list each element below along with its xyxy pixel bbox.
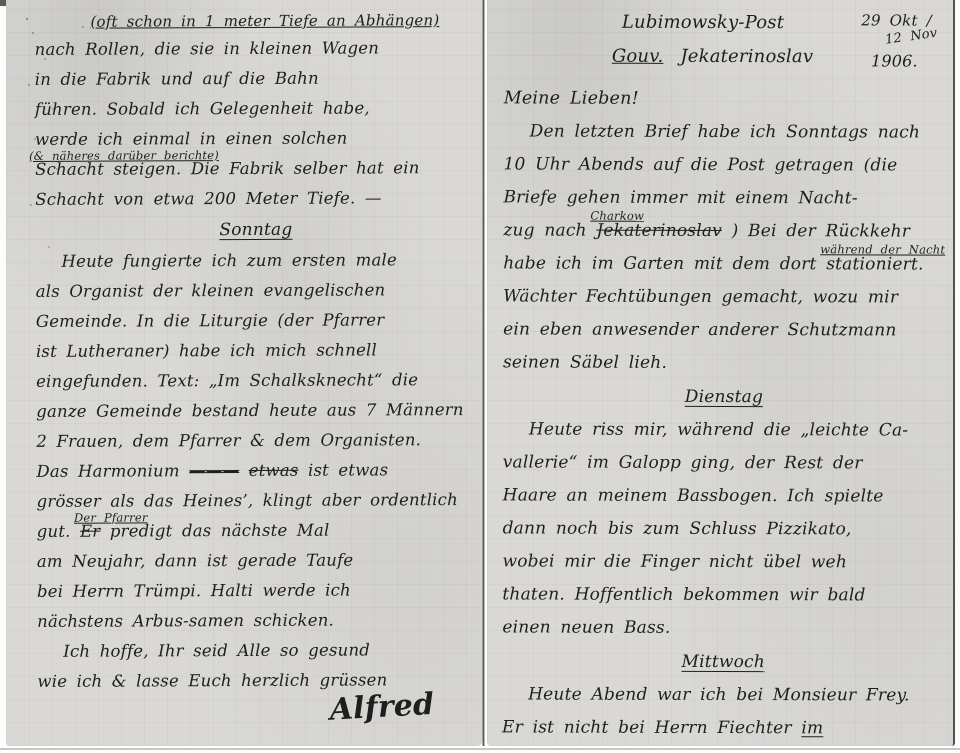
day-heading-mittwoch: Mittwoch <box>502 644 944 679</box>
text-segment: gut. <box>37 522 71 541</box>
handwritten-line: bei Herrn Trümpi. Halti werde ich <box>37 575 478 607</box>
handwritten-line: als Organist der kleinen evangelischen <box>36 275 477 307</box>
crossed-out-text: Jekaterinoslav <box>596 221 722 241</box>
correction-wrap: Der Pfarrer Er <box>80 517 100 547</box>
text-segment: habe ich im Garten mit dem dort <box>503 253 816 274</box>
handwritten-line: Schacht von etwa 200 Meter Tiefe. — <box>35 183 476 215</box>
handwritten-line: einen neuen Bass. <box>502 611 944 645</box>
text-segment: zug nach <box>503 220 586 240</box>
crossed-out-text: ——— <box>189 461 239 480</box>
letter-page-right: Lubimowsky-Post Gouv. Jekaterinoslav 29 … <box>487 0 955 746</box>
handwritten-line: habe ich im Garten mit dem dort während … <box>503 247 945 281</box>
handwritten-line: eingefunden. Text: „Im Schalksknecht“ di… <box>36 365 477 397</box>
text-segment: Er ist nicht bei Herrn Fiechter <box>502 717 792 738</box>
letter-header: Lubimowsky-Post Gouv. Jekaterinoslav 29 … <box>504 9 946 82</box>
handwritten-line: Haare an meinem Bassbogen. Ich spielte <box>503 479 945 513</box>
day-heading-sonntag: Sonntag <box>35 213 476 247</box>
handwritten-line: Briefe gehen immer mit einem Nacht- <box>503 181 945 215</box>
place-line: Gouv. Jekaterinoslav <box>612 46 813 68</box>
scan-edge-line <box>0 748 960 750</box>
handwritten-line: 2 Frauen, dem Pfarrer & dem Organisten. <box>36 425 477 457</box>
handwritten-line: nach Rollen, die sie in kleinen Wagen <box>35 33 476 65</box>
handwritten-line: führen. Sobald ich Gelegenheit habe, <box>35 93 476 125</box>
handwritten-line: ein eben anwesender anderer Schutzmann <box>503 313 945 347</box>
inserted-correction: Charkow <box>590 210 644 222</box>
gouv-abbrev: Gouv. <box>612 46 664 67</box>
salutation: Meine Lieben! <box>504 81 946 116</box>
handwritten-line: Wächter Fechtübungen gemacht, wozu mir <box>503 280 945 314</box>
correction-wrap: während der Nacht stationiert. <box>826 248 923 281</box>
text-segment: ) Bei der Rückkehr <box>732 221 911 241</box>
text-segment: stationiert. <box>826 254 923 274</box>
handwritten-line: ist Lutheraner) habe ich mich schnell <box>36 335 477 367</box>
text-segment: ist etwas <box>308 460 388 479</box>
handwritten-line: dann noch bis zum Schluss Pizzikato, <box>503 512 945 546</box>
letter-page-left: (oft schon in 1 meter Tiefe an Abhängen)… <box>6 0 483 746</box>
correction-wrap: (& näheres darüber berichte) Schacht ste… <box>35 153 420 185</box>
handwritten-line: nächstens Arbus-samen schicken. <box>37 605 478 637</box>
handwritten-line: Heute Abend war ich bei Monsieur Frey. <box>502 678 944 712</box>
handwritten-line: 10 Uhr Abends auf die Post getragen (die <box>503 148 945 182</box>
handwritten-line: am Neujahr, dann ist gerade Taufe <box>37 545 478 577</box>
page-fold-line <box>482 0 485 746</box>
place-name: Jekaterinoslav <box>680 46 813 67</box>
date-gregorian: 12 Nov <box>867 27 939 50</box>
text-segment: Das Harmonium <box>36 461 179 481</box>
handwritten-line: Das Harmonium ——— etwas ist etwas <box>36 455 477 487</box>
day-heading-dienstag: Dienstag <box>503 379 945 414</box>
handwritten-line: wobei mir die Finger nicht übel weh <box>502 545 944 579</box>
inserted-correction: Der Pfarrer <box>74 511 148 523</box>
handwritten-line: Er ist nicht bei Herrn Fiechter im <box>502 711 944 745</box>
inserted-correction: während der Nacht <box>820 244 945 256</box>
handwritten-line: (& näheres darüber berichte) Schacht ste… <box>35 153 476 185</box>
date-block: 29 Okt / 12 Nov 1906. <box>861 10 932 70</box>
handwritten-line: Ich hoffe, Ihr seid Alle so gesund <box>37 635 478 667</box>
right-page-text: Lubimowsky-Post Gouv. Jekaterinoslav 29 … <box>486 0 954 746</box>
letter-scan: (oft schon in 1 meter Tiefe an Abhängen)… <box>0 0 960 753</box>
handwritten-line: in die Fabrik und auf die Bahn <box>35 63 476 95</box>
handwritten-line: vallerie“ im Galopp ging, der Rest der <box>503 446 945 480</box>
inserted-correction: (& näheres darüber berichte) <box>29 149 219 162</box>
handwritten-line: Heute riss mir, während die „leichte Ca- <box>503 413 945 447</box>
margin-note: (oft schon in 1 meter Tiefe an Abhängen) <box>90 7 475 35</box>
handwritten-line: thaten. Hoffentlich bekommen wir bald <box>502 578 944 612</box>
crossed-out-text: Er <box>80 522 100 541</box>
handwritten-line: gut. Der Pfarrer Er predigt das nächste … <box>37 515 478 547</box>
handwritten-line: seinen Säbel lieh. <box>503 346 945 380</box>
handwritten-line: ganze Gemeinde bestand heute aus 7 Männe… <box>36 395 477 427</box>
handwritten-line: Gemeinde. In die Liturgie (der Pfarrer <box>36 305 477 337</box>
left-page-text: (oft schon in 1 meter Tiefe an Abhängen)… <box>4 0 484 737</box>
underlined-word: im <box>801 718 823 738</box>
handwritten-line: Den letzten Brief habe ich Sonntags nach <box>504 115 946 149</box>
handwritten-line: Heute fungierte ich zum ersten male <box>35 245 476 277</box>
correction-wrap: Charkow Jekaterinoslav <box>596 215 722 248</box>
date-year: 1906. <box>861 52 918 70</box>
place-line: Lubimowsky-Post <box>622 12 784 33</box>
crossed-out-text: etwas <box>249 461 299 480</box>
